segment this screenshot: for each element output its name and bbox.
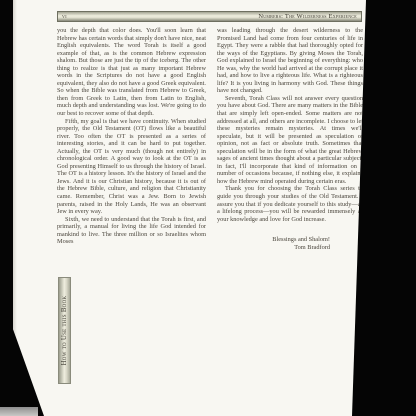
paragraph: Thank you for choosing the Torah Class s…	[217, 185, 363, 223]
signature-blessing: Blessings and Shalom!	[217, 236, 330, 244]
text-column-right: was leading through the desert wildernes…	[217, 27, 363, 252]
signature-author: Tom Bradford	[217, 244, 330, 252]
paragraph: Seventh, Torah Class will not answer eve…	[217, 95, 363, 186]
page-header-bar: vi Numbers: The Wilderness Experience	[57, 11, 362, 22]
running-header-title: Numbers: The Wilderness Experience	[258, 13, 357, 20]
chapter-side-tab: How to Use this Book	[58, 277, 71, 384]
text-column-left: you the depth that color does. You'll so…	[57, 27, 206, 246]
page-edge-shadow	[13, 0, 17, 416]
page-number: vi	[62, 14, 67, 20]
photo-corner-surface	[0, 407, 38, 416]
book-page: vi Numbers: The Wilderness Experience yo…	[0, 0, 416, 416]
paragraph: Sixth, we need to understand that the To…	[57, 216, 206, 246]
signature-block: Blessings and Shalom! Tom Bradford	[217, 236, 363, 252]
paragraph: Fifth, my goal is that we have continuit…	[57, 118, 206, 216]
paragraph: you the depth that color does. You'll so…	[57, 27, 206, 118]
book-page-photo: vi Numbers: The Wilderness Experience yo…	[0, 0, 416, 416]
paragraph: was leading through the desert wildernes…	[217, 27, 363, 95]
chapter-side-tab-label: How to Use this Book	[59, 278, 70, 383]
